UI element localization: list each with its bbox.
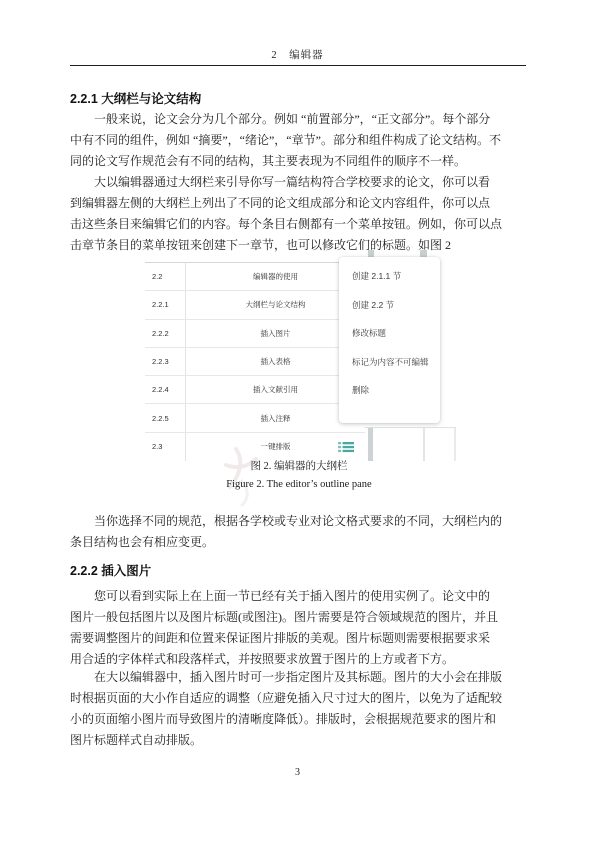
outline-list: 2.2 编辑器的使用 2.2.1 大纲栏与论文结构 2.2.2 插入图片 2.2… (145, 262, 365, 461)
menu-item-create-subsection: 创建 2.1.1 节 (339, 262, 440, 291)
background-column-line (454, 428, 456, 461)
menu-item-rename: 修改标题 (339, 319, 440, 348)
background-column-bar (368, 428, 373, 461)
layout-list-icon (338, 441, 354, 453)
background-divider-line (360, 427, 456, 428)
outline-row-number: 2.2.4 (145, 376, 186, 403)
outline-row-number: 2.2 (145, 263, 186, 290)
page-number: 3 (70, 767, 525, 778)
paragraph-intro-structure: 一般来说，论文会分为几个部分。例如 “前置部分”，“正文部分”。每个部分 中有不… (70, 109, 530, 172)
figure-outline-pane-screenshot: 2.2 编辑器的使用 2.2.1 大纲栏与论文结构 2.2.2 插入图片 2.2… (145, 250, 460, 462)
menu-item-mark-readonly: 标记为内容不可编辑 (339, 348, 440, 377)
outline-row: 2.2.2 插入图片 (145, 320, 365, 348)
outline-row: 2.3 一键排版 (145, 433, 365, 461)
outline-row-title: 一键排版 (186, 441, 365, 452)
outline-row: 2.2.5 插入注释 (145, 404, 365, 432)
outline-row-number: 2.2.3 (145, 348, 186, 375)
paragraph-image-requirements: 您可以看到实际上在上面一节已经有关于插入图片的使用实例了。论文中的 图片一般包括… (70, 586, 530, 670)
paragraph-image-insertion: 在大以编辑器中，插入图片时可一步指定图片及其标题。图片的大小会在排版 时根据页面… (70, 667, 530, 751)
running-head: 2 编辑器 (70, 47, 525, 62)
outline-row-number: 2.2.1 (145, 291, 186, 318)
section-heading-2-2-1: 2.2.1 大纲栏与论文结构 (70, 89, 528, 107)
figure-caption-en: Figure 2. The editor’s outline pane (70, 479, 528, 490)
context-menu: 创建 2.1.1 节 创建 2.2 节 修改标题 标记为内容不可编辑 删除 (339, 257, 440, 423)
outline-row-number: 2.2.5 (145, 404, 186, 431)
outline-row: 2.2 编辑器的使用 (145, 263, 365, 291)
outline-row: 2.2.1 大纲栏与论文结构 (145, 291, 365, 319)
outline-row-number: 2.2.2 (145, 320, 186, 347)
background-column-line (423, 428, 425, 461)
menu-item-delete: 删除 (339, 376, 440, 405)
outline-row: 2.2.3 插入表格 (145, 348, 365, 376)
section-heading-2-2-2: 2.2.2 插入图片 (70, 561, 528, 579)
menu-item-create-section: 创建 2.2 节 (339, 291, 440, 320)
document-page: 2 编辑器 2.2.1 大纲栏与论文结构 一般来说，论文会分为几个部分。例如 “… (0, 0, 595, 842)
header-rule (70, 65, 526, 66)
figure-caption-zh: 图 2. 编辑器的大纲栏 (70, 458, 528, 473)
paragraph-outline-guide: 大以编辑器通过大纲栏来引导你写一篇结构符合学校要求的论文，你可以看 到编辑器左侧… (70, 172, 530, 256)
outline-row: 2.2.4 插入文献引用 (145, 376, 365, 404)
outline-row-number: 2.3 (145, 433, 186, 461)
paragraph-spec-variation: 当你选择不同的规范，根据各学校或专业对论文格式要求的不同，大纲栏内的 条目结构也… (70, 511, 530, 553)
